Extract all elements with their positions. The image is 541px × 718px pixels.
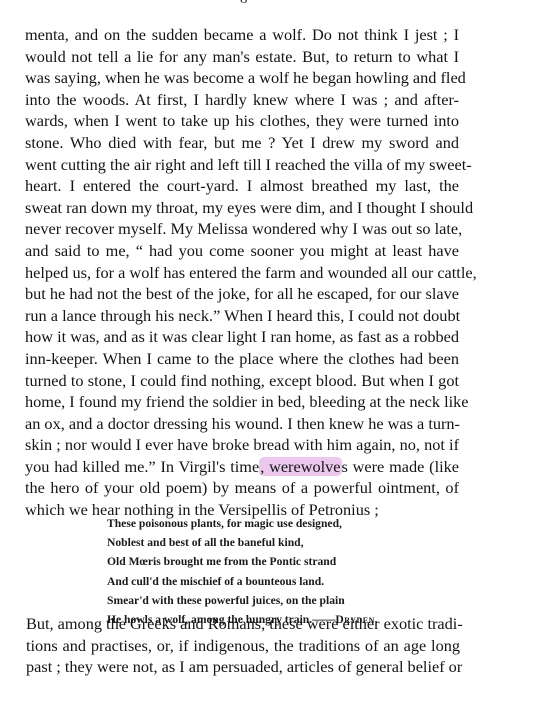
text-line-with-selection[interactable]: you had killed me.” In Virgil's time, we… [25,456,459,478]
verse-line: Noblest and best of all the baneful kind… [107,533,378,552]
text-after-selection: s were made (like [342,457,460,476]
text-line: but he had not the best of the joke, for… [25,283,459,305]
text-line: home, I found my friend the soldier in b… [25,391,459,413]
text-line: turned to stone, I could find nothing, e… [25,370,459,392]
text-line: how it was, and as it was clear light I … [25,326,459,348]
text-line: would not tell a lie for any man's estat… [25,46,459,68]
page-number: 8 [240,0,248,8]
text-before-selection: you had killed me.” In Virgil's time [25,457,259,476]
text-line: wards, when I went to take up his clothe… [25,110,459,132]
text-line: went cutting the air right and left till… [25,154,459,176]
text-line: stone. Who died with fear, but me ? Yet … [25,132,459,154]
second-paragraph: But, among the Greeks and Romans, these … [26,613,460,678]
text-line: skin ; nor would I ever have broke bread… [25,434,459,456]
main-paragraph: menta, and on the sudden became a wolf. … [25,24,459,521]
text-line: sweat ran down my throat, my eyes were d… [25,197,459,219]
text-line: and said to me, “ had you come sooner yo… [25,240,459,262]
text-line: inn-keeper. When I came to the place whe… [25,348,459,370]
text-line: helped us, for a wolf has entered the fa… [25,262,459,284]
text-line: into the woods. At first, I hardly knew … [25,89,459,111]
text-line: past ; they were not, as I am persuaded,… [26,656,460,678]
verse-line: Smear'd with these powerful juices, on t… [107,591,378,610]
text-line: was saying, when he was become a wolf he… [25,67,459,89]
text-line: tions and practises, or, if indigenous, … [26,635,460,657]
text-line: run a lance through his neck.” When I he… [25,305,459,327]
text-line: the hero of your old poem) by means of a… [25,477,459,499]
text-line: But, among the Greeks and Romans, these … [26,613,460,635]
verse-line: These poisonous plants, for magic use de… [107,514,378,533]
text-selection-highlight[interactable]: , werewolve [259,457,341,476]
verse-line: Old Mœris brought me from the Pontic str… [107,552,378,571]
verse-line: And cull'd the mischief of a bounteous l… [107,572,378,591]
verse-quotation: These poisonous plants, for magic use de… [107,514,378,629]
text-line: menta, and on the sudden became a wolf. … [25,24,459,46]
text-line: an ox, and a doctor dressing his wound. … [25,413,459,435]
text-line: never recover myself. My Melissa wondere… [25,218,459,240]
text-line: heart. I entered the court-yard. I almos… [25,175,459,197]
